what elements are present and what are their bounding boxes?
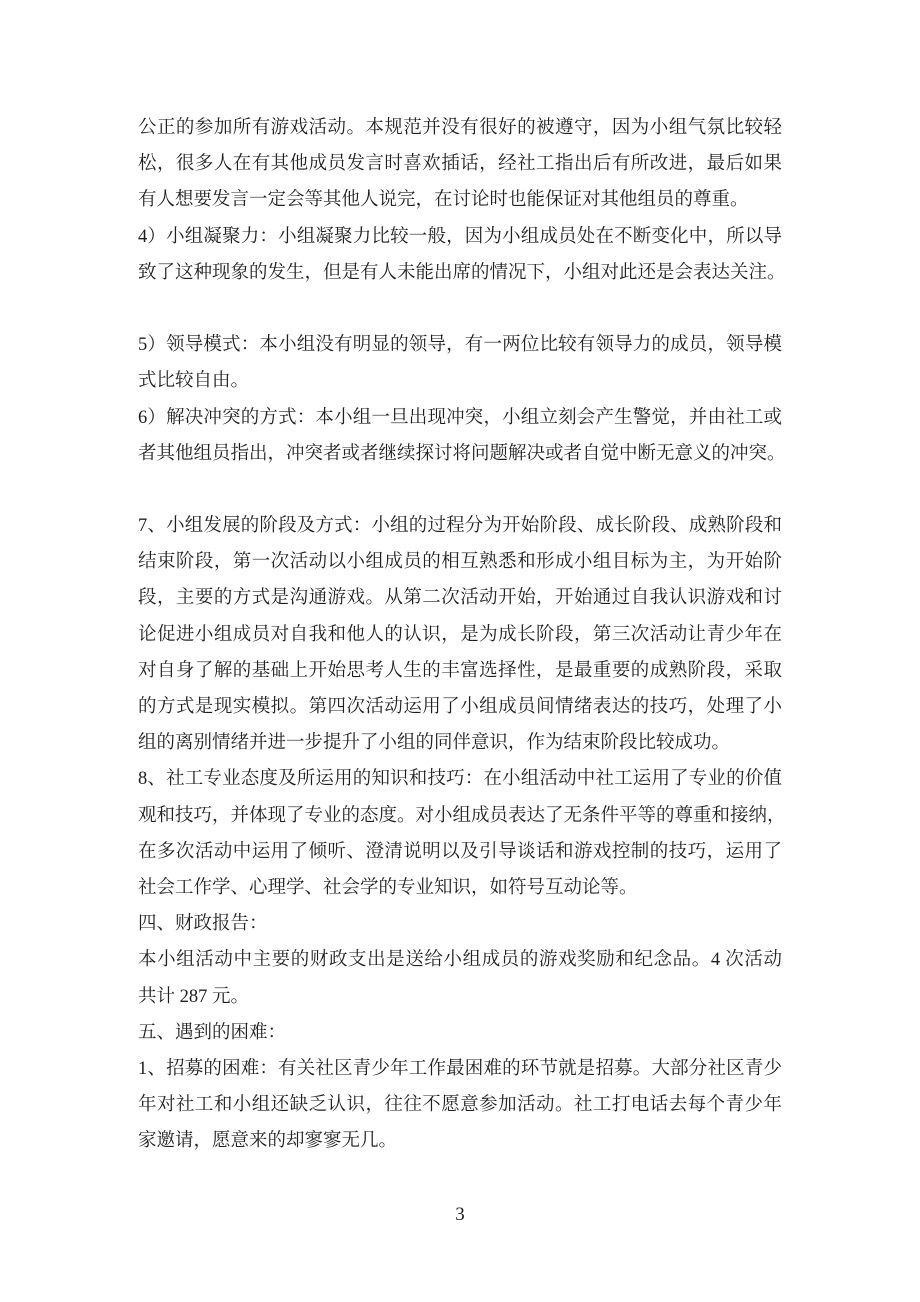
text-line: 1、招募的困难：有关社区青少年工作最困难的环节就是招募。大部分社区青少 bbox=[138, 1051, 782, 1087]
document-page: 公正的参加所有游戏活动。本规范并没有很好的被遵守，因为小组气氛比较轻松，很多人在… bbox=[0, 0, 920, 1302]
text-line: 的方式是现实模拟。第四次活动运用了小组成员间情绪表达的技巧，处理了小 bbox=[138, 689, 782, 725]
page-number: 3 bbox=[0, 1202, 920, 1228]
text-line: 家邀请，愿意来的却寥寥无几。 bbox=[138, 1123, 782, 1159]
text-line: 段，主要的方式是沟通游戏。从第二次活动开始，开始通过自我认识游戏和讨 bbox=[138, 580, 782, 616]
text-line: 8、社工专业态度及所运用的知识和技巧：在小组活动中社工运用了专业的价值 bbox=[138, 761, 782, 797]
text-line: 有人想要发言一定会等其他人说完，在讨论时也能保证对其他组员的尊重。 bbox=[138, 182, 782, 218]
text-line: 4）小组凝聚力：小组凝聚力比较一般，因为小组成员处在不断变化中，所以导 bbox=[138, 219, 782, 255]
document-body: 公正的参加所有游戏活动。本规范并没有很好的被遵守，因为小组气氛比较轻松，很多人在… bbox=[138, 110, 782, 1159]
text-line: 本小组活动中主要的财政支出是送给小组成员的游戏奖励和纪念品。4 次活动 bbox=[138, 942, 782, 978]
text-line: 对自身了解的基础上开始思考人生的丰富选择性，是最重要的成熟阶段，采取 bbox=[138, 653, 782, 689]
text-line: 社会工作学、心理学、社会学的专业知识，如符号互动论等。 bbox=[138, 870, 782, 906]
text-line: 五、遇到的困难： bbox=[138, 1015, 782, 1051]
blank-line bbox=[138, 472, 782, 508]
text-line: 者其他组员指出，冲突者或者继续探讨将问题解决或者自觉中断无意义的冲突。 bbox=[138, 436, 782, 472]
text-line: 公正的参加所有游戏活动。本规范并没有很好的被遵守，因为小组气氛比较轻 bbox=[138, 110, 782, 146]
text-line: 在多次活动中运用了倾听、澄清说明以及引导谈话和游戏控制的技巧，运用了 bbox=[138, 834, 782, 870]
text-line: 致了这种现象的发生，但是有人未能出席的情况下，小组对此还是会表达关注。 bbox=[138, 255, 782, 291]
text-line: 式比较自由。 bbox=[138, 363, 782, 399]
text-line: 6）解决冲突的方式：本小组一旦出现冲突，小组立刻会产生警觉，并由社工或 bbox=[138, 400, 782, 436]
text-line: 观和技巧，并体现了专业的态度。对小组成员表达了无条件平等的尊重和接纳， bbox=[138, 798, 782, 834]
text-line: 四、财政报告： bbox=[138, 906, 782, 942]
text-line: 组的离别情绪并进一步提升了小组的同伴意识，作为结束阶段比较成功。 bbox=[138, 725, 782, 761]
text-line: 松，很多人在有其他成员发言时喜欢插话，经社工指出后有所改进，最后如果 bbox=[138, 146, 782, 182]
text-line: 论促进小组成员对自我和他人的认识，是为成长阶段，第三次活动让青少年在 bbox=[138, 617, 782, 653]
blank-line bbox=[138, 291, 782, 327]
text-line: 年对社工和小组还缺乏认识，往往不愿意参加活动。社工打电话去每个青少年 bbox=[138, 1087, 782, 1123]
text-line: 结束阶段，第一次活动以小组成员的相互熟悉和形成小组目标为主，为开始阶 bbox=[138, 544, 782, 580]
text-line: 5）领导模式：本小组没有明显的领导，有一两位比较有领导力的成员，领导模 bbox=[138, 327, 782, 363]
text-line: 共计 287 元。 bbox=[138, 979, 782, 1015]
text-line: 7、小组发展的阶段及方式：小组的过程分为开始阶段、成长阶段、成熟阶段和 bbox=[138, 508, 782, 544]
